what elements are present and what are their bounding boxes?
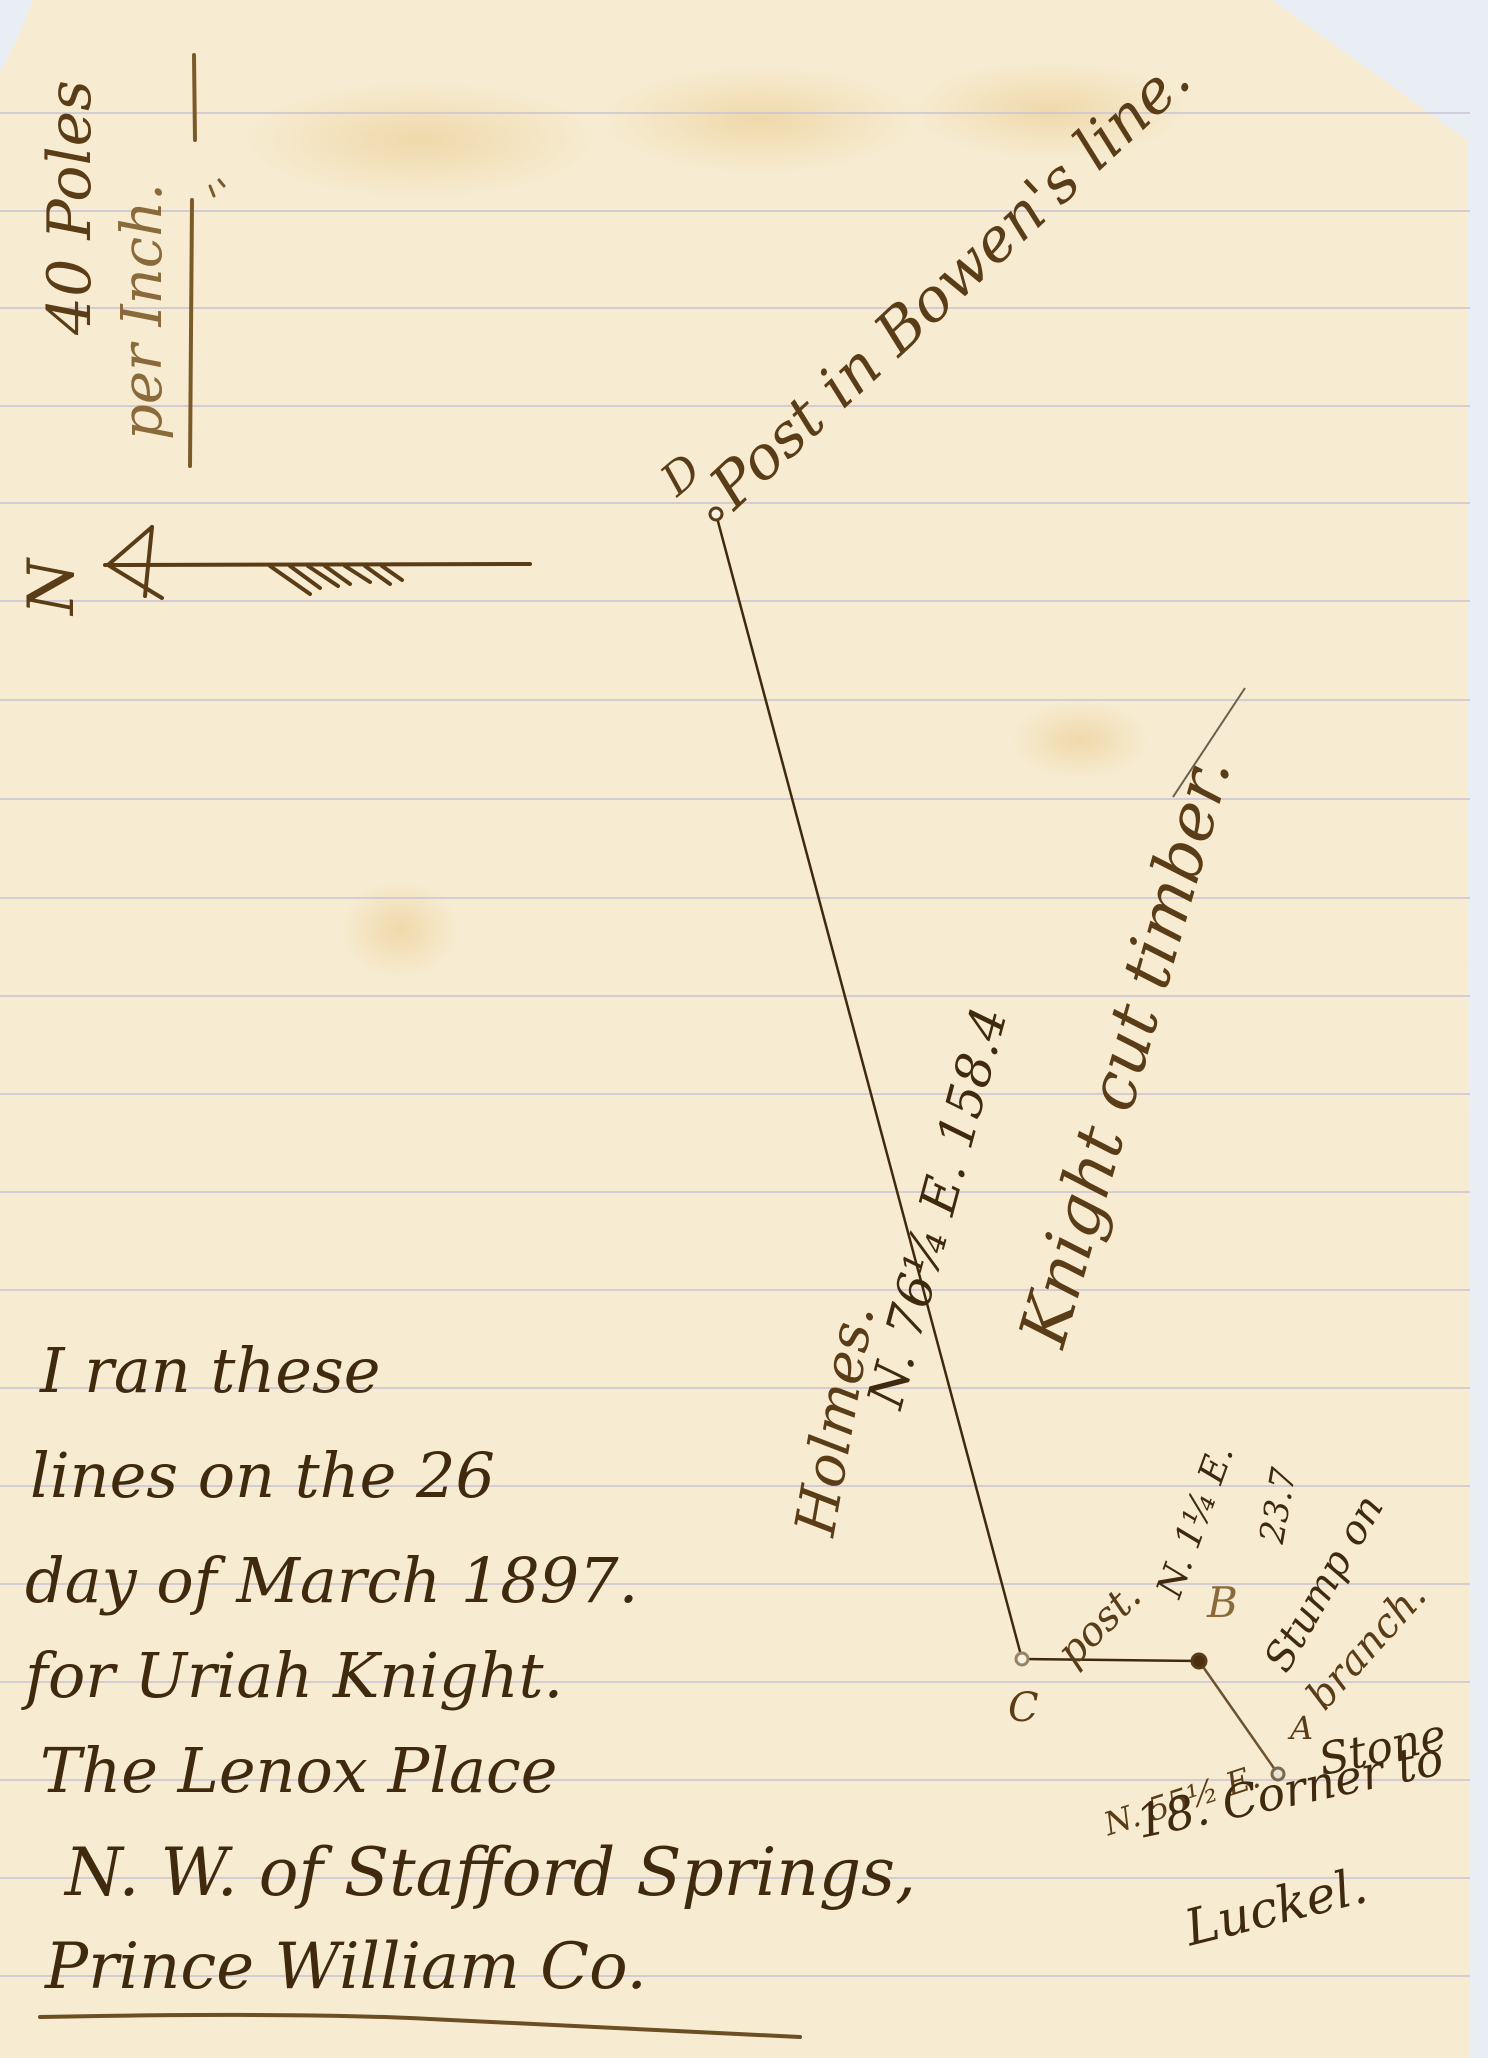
station-B-label: B — [1207, 1582, 1238, 1624]
memo-line-1: I ran these — [40, 1340, 381, 1402]
station-C-marker — [1016, 1653, 1028, 1665]
memo-line-7: Prince William Co. — [45, 1935, 647, 1999]
scale-label-line2: per Inch. — [115, 183, 171, 440]
station-B-marker — [1192, 1654, 1206, 1668]
memo-line-3: day of March 1897. — [25, 1550, 638, 1612]
memo-line-5: The Lenox Place — [40, 1740, 557, 1802]
memo-line-6: N. W. of Stafford Springs, — [65, 1840, 916, 1906]
station-D-marker — [710, 508, 722, 520]
station-C-label: C — [1008, 1688, 1039, 1728]
station-A-label: A — [1290, 1712, 1313, 1744]
scale-label-line1: 40 Poles — [40, 80, 100, 335]
memo-line-2: lines on the 26 — [30, 1445, 495, 1507]
memo-line-4: for Uriah Knight. — [25, 1645, 563, 1707]
north-label: N — [20, 559, 84, 615]
